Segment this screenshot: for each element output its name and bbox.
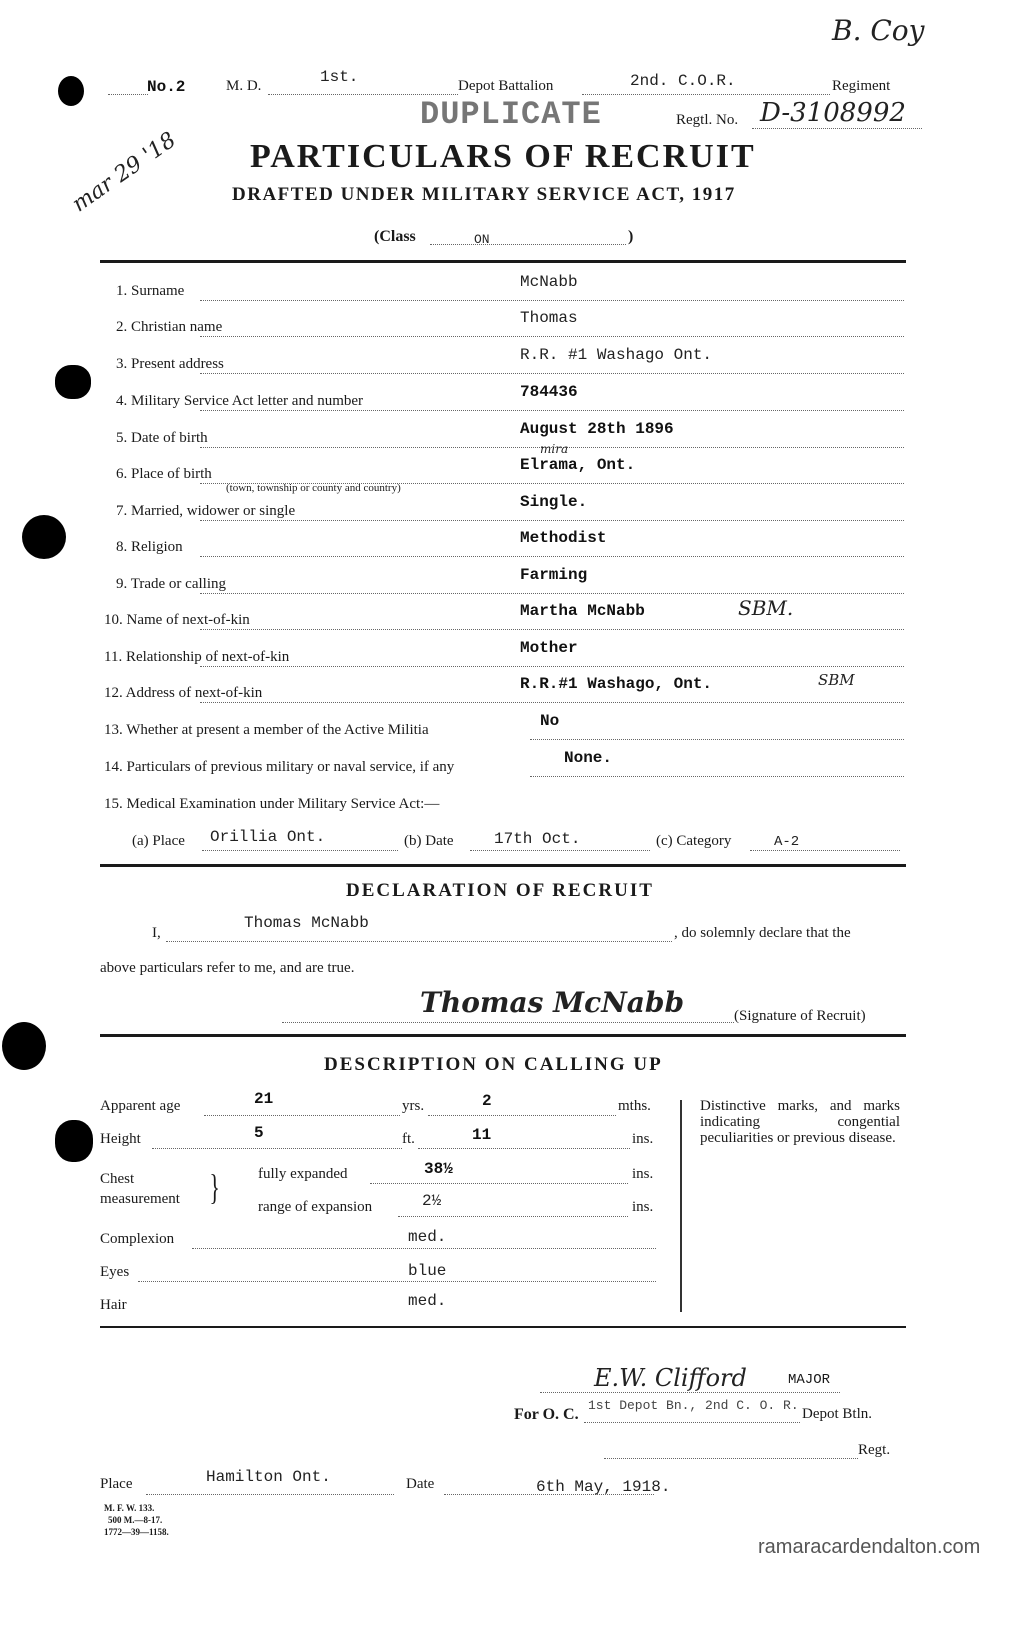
particular-value: Single. xyxy=(520,493,587,511)
medical-category-label: (c) Category xyxy=(656,833,731,850)
complexion-value: med. xyxy=(408,1228,446,1246)
apparent-age-label: Apparent age xyxy=(100,1098,180,1115)
md-label: M. D. xyxy=(226,78,261,95)
particular-value: None. xyxy=(564,749,612,767)
height-in-value: 11 xyxy=(472,1126,491,1144)
corner-annotation: B. Coy xyxy=(832,14,924,47)
depot-battalion-value: 2nd. C.O.R. xyxy=(630,72,736,90)
regtl-no-label: Regtl. No. xyxy=(676,112,738,129)
particular-value: Methodist xyxy=(520,529,606,547)
particular-label: 8. Religion xyxy=(116,539,183,556)
class-label-open: (Class xyxy=(374,228,416,246)
complexion-label: Complexion xyxy=(100,1231,174,1248)
particular-label: 3. Present address xyxy=(116,356,224,373)
footer-place-label: Place xyxy=(100,1476,132,1493)
officer-rank: MAJOR xyxy=(788,1372,830,1388)
regt-label: Regt. xyxy=(858,1442,890,1459)
punch-hole xyxy=(22,515,66,559)
particular-label: 7. Married, widower or single xyxy=(116,503,295,520)
page-subtitle: DRAFTED UNDER MILITARY SERVICE ACT, 1917 xyxy=(232,184,736,206)
particular-value: 784436 xyxy=(520,383,578,401)
particular-label: 14. Particulars of previous military or … xyxy=(104,759,454,776)
no-value: No.2 xyxy=(147,78,185,96)
punch-hole xyxy=(55,1120,93,1162)
ins-label: ins. xyxy=(632,1131,653,1148)
declaration-text-2: above particulars refer to me, and are t… xyxy=(100,960,354,977)
form-code: 1772—39—1158. xyxy=(104,1526,169,1538)
brace-icon: } xyxy=(209,1166,219,1208)
particular-value: R.R.#1 Washago, Ont. xyxy=(520,675,712,693)
officer-signature: E.W. Clifford xyxy=(594,1364,747,1392)
particular-label: 9. Trade or calling xyxy=(116,576,226,593)
height-label: Height xyxy=(100,1131,141,1148)
particular-value: Thomas xyxy=(520,309,578,327)
divider xyxy=(100,1034,906,1037)
medical-date-value: 17th Oct. xyxy=(494,830,580,848)
particular-value: R.R. #1 Washago Ont. xyxy=(520,346,712,364)
footer-date-label: Date xyxy=(406,1476,434,1493)
particular-label: 1. Surname xyxy=(116,283,184,300)
class-value: ON xyxy=(474,232,490,247)
eyes-value: blue xyxy=(408,1262,446,1280)
regtl-no-value: D-3108992 xyxy=(760,98,906,128)
handwritten-annotation: SBM. xyxy=(738,596,793,620)
duplicate-stamp: DUPLICATE xyxy=(420,96,602,133)
depot-battalion-label: Depot Battalion xyxy=(458,78,553,95)
particular-label: 15. Medical Examination under Military S… xyxy=(104,796,439,813)
footer-date-value: 6th May, 1918. xyxy=(536,1478,670,1496)
handwritten-annotation: mira xyxy=(540,442,568,456)
description-heading: DESCRIPTION ON CALLING UP xyxy=(324,1054,663,1076)
mths-label: mths. xyxy=(618,1098,651,1115)
hair-label: Hair xyxy=(100,1297,127,1314)
age-years-value: 21 xyxy=(254,1090,273,1108)
page-title: PARTICULARS OF RECRUIT xyxy=(250,138,756,176)
margin-annotation: mar 29 '18 xyxy=(68,128,181,218)
medical-date-label: (b) Date xyxy=(404,833,454,850)
particular-label: 2. Christian name xyxy=(116,319,222,336)
form-code: 500 M.—8-17. xyxy=(108,1514,162,1526)
fully-expanded-label: fully expanded xyxy=(258,1166,348,1183)
declaration-heading: DECLARATION OF RECRUIT xyxy=(346,880,654,902)
punch-hole xyxy=(58,76,84,106)
range-label: range of expansion xyxy=(258,1199,372,1216)
regiment-label: Regiment xyxy=(832,78,890,95)
particular-label: 13. Whether at present a member of the A… xyxy=(104,722,429,739)
handwritten-annotation: SBM xyxy=(818,671,855,689)
particular-value: Mother xyxy=(520,639,578,657)
divider xyxy=(100,260,906,263)
divider xyxy=(100,864,906,867)
fully-expanded-value: 38½ xyxy=(424,1160,453,1178)
eyes-label: Eyes xyxy=(100,1264,129,1281)
particular-label: 12. Address of next-of-kin xyxy=(104,685,262,702)
age-months-value: 2 xyxy=(482,1092,492,1110)
hair-value: med. xyxy=(408,1292,446,1310)
form-code: M. F. W. 133. xyxy=(104,1502,154,1514)
medical-place-value: Orillia Ont. xyxy=(210,828,325,846)
range-value: 2½ xyxy=(422,1192,441,1210)
yrs-label: yrs. xyxy=(402,1098,424,1115)
recruit-signature: Thomas McNabb xyxy=(420,986,684,1019)
depot-btln-label: Depot Btln. xyxy=(802,1406,872,1423)
medical-category-value: A-2 xyxy=(774,834,799,850)
particular-value: Martha McNabb xyxy=(520,602,645,620)
particular-sublabel: (town, township or county and country) xyxy=(226,482,401,494)
footer-place-value: Hamilton Ont. xyxy=(206,1468,331,1486)
declaration-text-1: , do solemnly declare that the xyxy=(674,925,851,942)
for-oc-label: For O. C. xyxy=(514,1406,579,1424)
particular-value: August 28th 1896 xyxy=(520,420,674,438)
declaration-name: Thomas McNabb xyxy=(244,914,369,932)
particular-value: No xyxy=(540,712,559,730)
particular-value: Farming xyxy=(520,566,587,584)
particular-label: 11. Relationship of next-of-kin xyxy=(104,649,289,666)
ins-label-3: ins. xyxy=(632,1199,653,1216)
particular-value: McNabb xyxy=(520,273,578,291)
particular-label: 5. Date of birth xyxy=(116,430,208,447)
ins-label-2: ins. xyxy=(632,1166,653,1183)
particular-label: 6. Place of birth xyxy=(116,466,212,483)
column-divider xyxy=(680,1100,682,1312)
particular-value: Elrama, Ont. xyxy=(520,456,635,474)
md-value: 1st. xyxy=(320,68,358,86)
punch-hole xyxy=(55,365,91,399)
chest-label-1: Chest xyxy=(100,1171,134,1188)
distinctive-marks-text: Distinctive marks, and marks indicating … xyxy=(700,1098,900,1146)
particular-label: 4. Military Service Act letter and numbe… xyxy=(116,393,363,410)
ft-label: ft. xyxy=(402,1131,415,1148)
officer-unit-value: 1st Depot Bn., 2nd C. O. R. xyxy=(588,1398,799,1413)
punch-hole xyxy=(2,1022,46,1070)
class-label-close: ) xyxy=(628,228,633,246)
declaration-i-label: I, xyxy=(152,925,161,942)
height-ft-value: 5 xyxy=(254,1124,264,1142)
particular-label: 10. Name of next-of-kin xyxy=(104,612,250,629)
watermark: ramaracardendalton.com xyxy=(758,1536,980,1559)
signature-label: (Signature of Recruit) xyxy=(734,1008,866,1025)
chest-label-2: measurement xyxy=(100,1191,180,1208)
divider xyxy=(100,1326,906,1328)
medical-place-label: (a) Place xyxy=(132,833,185,850)
